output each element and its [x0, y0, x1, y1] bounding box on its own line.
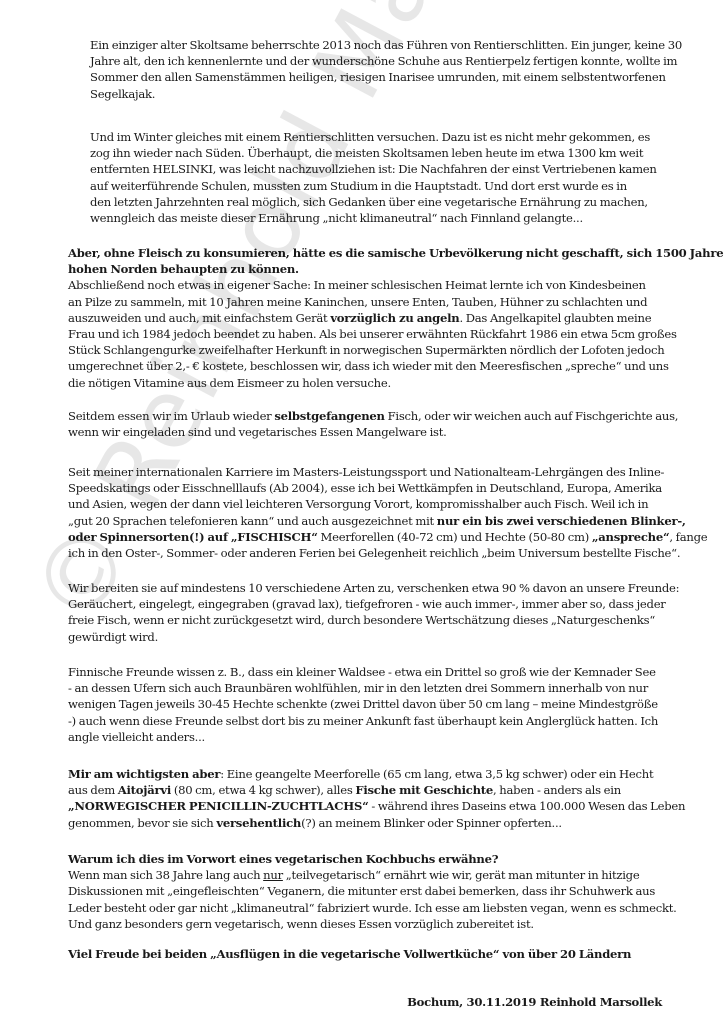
paragraph-winter: Und im Winter gleiches mit einem Rentier… — [90, 129, 657, 226]
paragraph-warum: Warum ich dies im Vorwort eines vegetari… — [68, 851, 677, 932]
paragraph-zubereitung: Wir bereiten sie auf mindestens 10 versc… — [68, 580, 679, 645]
paragraph-skoltsame: Ein einziger alter Skoltsame beherrschte… — [90, 37, 682, 102]
paragraph-seitdem: Seitdem essen wir im Urlaub wieder selbs… — [68, 408, 678, 440]
paragraph-finnische-freunde: Finnische Freunde wissen z. B., dass ein… — [68, 664, 658, 745]
bold-statement: Aber, ohne Fleisch zu konsumieren, hätte… — [68, 245, 724, 261]
signature: Bochum, 30.11.2019 Reinhold Marsollek — [407, 995, 662, 1009]
paragraph-karriere: Seit meiner internationalen Karriere im … — [68, 464, 707, 561]
paragraph-wichtigsten: Mir am wichtigsten aber: Eine geangelte … — [68, 766, 685, 831]
section-heading: Warum ich dies im Vorwort eines vegetari… — [68, 851, 677, 867]
document-page: © Reinhold Marsollek Ein einziger alter … — [0, 0, 724, 1024]
closing-line: Viel Freude bei beiden „Ausflügen in die… — [68, 946, 631, 962]
paragraph-eigener-sache: Aber, ohne Fleisch zu konsumieren, hätte… — [68, 245, 724, 391]
